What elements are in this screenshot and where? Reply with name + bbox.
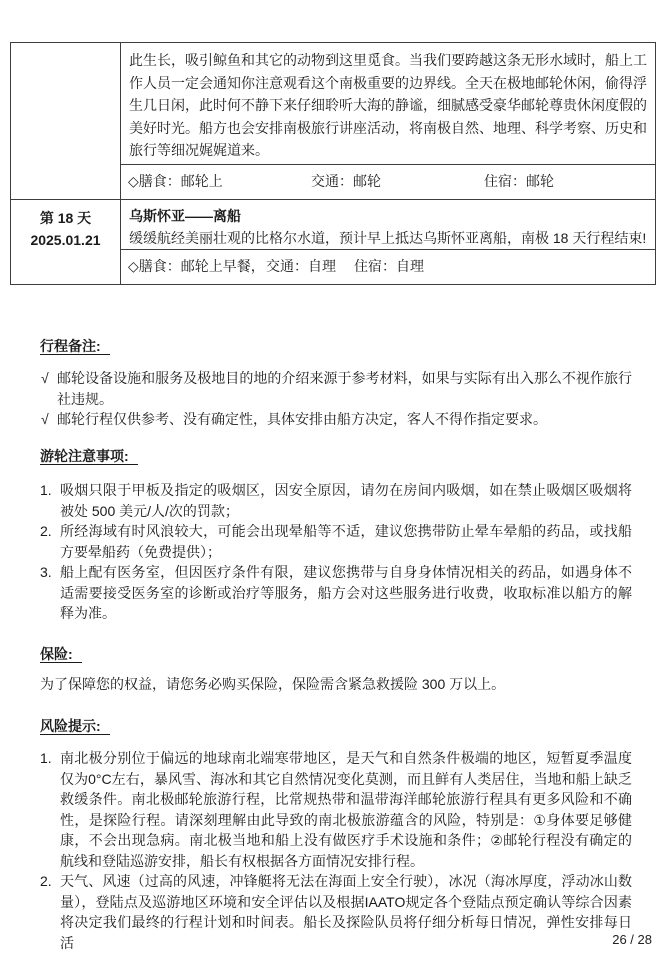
day-description: 缓缓航经美丽壮观的比格尔水道，预计早上抵达乌斯怀亚离船，南极 18 天行程结束! [129, 227, 647, 249]
list-number: 2. [40, 521, 52, 542]
list-item-text: 邮轮行程仅供参考、没有确定性，具体安排由船方决定，客人不得作指定要求。 [57, 411, 547, 427]
list-item-text: 天气、风速（过高的风速，冲锋艇将无法在海面上安全行驶），冰况（海冰厚度，浮动冰山… [60, 873, 632, 951]
section-heading-trip-notes: 行程备注: [40, 338, 110, 355]
list-item-text: 邮轮设备设施和服务及极地目的地的介绍来源于参考材料，如果与实际有出入那么不视作旅… [57, 370, 632, 407]
list-item: 1.南北极分别位于偏远的地球南北端寒带地区，是天气和自然条件极端的地区，短暂夏季… [40, 748, 632, 871]
transport-label: 交通：邮轮 [311, 165, 484, 198]
list-item: 2.所经海域有时风浪较大，可能会出现晕船等不适，建议您携带防止晕车晕船的药品，或… [40, 521, 632, 562]
section-insurance: 保险: 为了保障您的权益，请您务必购买保险，保险需含紧急救援险 300 万以上。 [40, 644, 632, 695]
list-item: 1.吸烟只限于甲板及指定的吸烟区，因安全原因，请勿在房间内吸烟，如在禁止吸烟区吸… [40, 480, 632, 521]
document-page: 此生长，吸引鲸鱼和其它的动物到这里觅食。当我们要跨越这条无形水域时，船上工作人员… [0, 0, 668, 967]
section-heading-row: 保险: [40, 644, 632, 664]
meals-label: ◇膳食：邮轮上 [128, 165, 311, 198]
section-risk-warning: 风险提示: 1.南北极分别位于偏远的地球南北端寒带地区，是天气和自然条件极端的地… [40, 716, 632, 953]
section-trip-notes: 行程备注: √邮轮设备设施和服务及极地目的地的介绍来源于参考材料，如果与实际有出… [40, 336, 632, 430]
list-number: 1. [40, 480, 52, 501]
list-item-text: 所经海域有时风浪较大，可能会出现晕船等不适，建议您携带防止晕车晕船的药品，或找船… [60, 523, 632, 560]
page-number: 26 / 28 [612, 932, 652, 947]
check-mark: √ [41, 368, 49, 389]
list-item-text: 船上配有医务室，但因医疗条件有限，建议您携带与自身身体情况相关的药品，如遇身体不… [60, 564, 632, 621]
itinerary-table: 此生长，吸引鲸鱼和其它的动物到这里觅食。当我们要跨越这条无形水域时，船上工作人员… [10, 42, 656, 285]
day-date-cell: 第 18 天 2025.01.21 [11, 200, 121, 285]
lodging-label: 住宿：邮轮 [484, 165, 554, 198]
day-title: 乌斯怀亚——离船 [129, 200, 647, 227]
list-number: 2. [40, 871, 52, 892]
meals-label: ◇膳食：邮轮上早餐， [128, 250, 266, 283]
lodging-label: 住宿：自理 [354, 250, 424, 283]
section-heading-row: 风险提示: [40, 716, 632, 736]
list-number: 3. [40, 562, 52, 583]
list-item: 2.天气、风速（过高的风速，冲锋艇将无法在海面上安全行驶），冰况（海冰厚度，浮动… [40, 871, 632, 953]
meal-transport-lodging-row: ◇膳食：邮轮上交通：邮轮住宿：邮轮 [121, 165, 656, 200]
list-item-text: 吸烟只限于甲板及指定的吸烟区，因安全原因，请勿在房间内吸烟，如在禁止吸烟区吸烟将… [60, 482, 632, 519]
numbered-list: 1.吸烟只限于甲板及指定的吸烟区，因安全原因，请勿在房间内吸烟，如在禁止吸烟区吸… [40, 480, 632, 624]
check-mark: √ [41, 409, 49, 430]
day-number: 第 18 天 [12, 207, 119, 229]
table-row: 第 18 天 2025.01.21 乌斯怀亚——离船 缓缓航经美丽壮观的比格尔水… [11, 200, 656, 250]
list-item: √邮轮设备设施和服务及极地目的地的介绍来源于参考材料，如果与实际有出入那么不视作… [40, 368, 632, 409]
section-heading-row: 行程备注: [40, 336, 632, 356]
section-heading-risk-warning: 风险提示: [40, 718, 110, 735]
table-row: 此生长，吸引鲸鱼和其它的动物到这里觅食。当我们要跨越这条无形水域时，船上工作人员… [11, 43, 656, 165]
day-description-cell: 乌斯怀亚——离船 缓缓航经美丽壮观的比格尔水道，预计早上抵达乌斯怀亚离船，南极 … [121, 200, 656, 250]
day-description: 此生长，吸引鲸鱼和其它的动物到这里觅食。当我们要跨越这条无形水域时，船上工作人员… [129, 43, 647, 162]
meal-transport-lodging-row: ◇膳食：邮轮上早餐，交通：自理住宿：自理 [121, 250, 656, 285]
list-item: √邮轮行程仅供参考、没有确定性，具体安排由船方决定，客人不得作指定要求。 [40, 409, 632, 430]
numbered-list: 1.南北极分别位于偏远的地球南北端寒带地区，是天气和自然条件极端的地区，短暂夏季… [40, 748, 632, 953]
list-item-text: 南北极分别位于偏远的地球南北端寒带地区，是天气和自然条件极端的地区，短暂夏季温度… [60, 750, 632, 869]
list-number: 1. [40, 748, 52, 769]
section-heading-row: 游轮注意事项: [40, 446, 632, 466]
insurance-text: 为了保障您的权益，请您务必购买保险，保险需含紧急救援险 300 万以上。 [40, 674, 632, 695]
list-item: 3.船上配有医务室，但因医疗条件有限，建议您携带与自身身体情况相关的药品，如遇身… [40, 562, 632, 624]
section-heading-insurance: 保险: [40, 646, 82, 663]
day-description-cell: 此生长，吸引鲸鱼和其它的动物到这里觅食。当我们要跨越这条无形水域时，船上工作人员… [121, 43, 656, 165]
section-cruise-notice: 游轮注意事项: 1.吸烟只限于甲板及指定的吸烟区，因安全原因，请勿在房间内吸烟，… [40, 446, 632, 624]
day-date-cell-empty [11, 43, 121, 200]
day-date: 2025.01.21 [12, 229, 119, 251]
transport-label: 交通：自理 [266, 250, 354, 283]
check-list: √邮轮设备设施和服务及极地目的地的介绍来源于参考材料，如果与实际有出入那么不视作… [40, 368, 632, 430]
section-heading-cruise-notice: 游轮注意事项: [40, 448, 138, 465]
